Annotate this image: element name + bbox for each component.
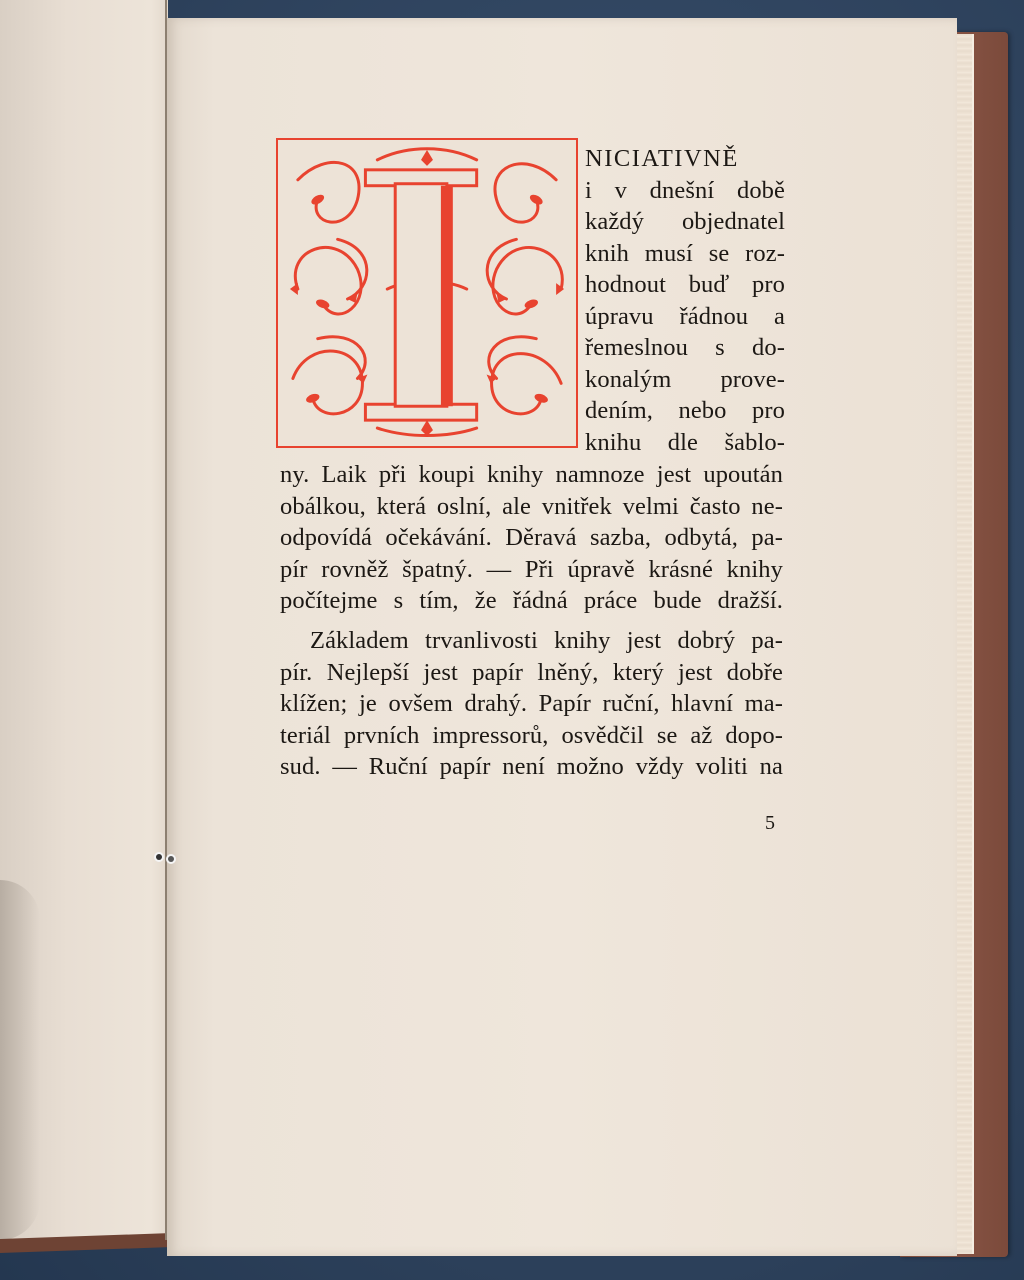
text-line: odpovídá očekávání. Děravá sazba, odbytá… — [280, 522, 783, 554]
text-line: sud. — Ruční papír není možno vždy volit… — [280, 751, 783, 783]
text-line: pír. Nejlepší jest papír lněný, který je… — [280, 657, 783, 689]
text-line: pír rovněž špatný. — Při úpravě krásné k… — [280, 554, 783, 586]
text-line: obálkou, která oslní, ale vnitřek velmi … — [280, 491, 783, 523]
drop-cap-initial — [276, 138, 578, 448]
drop-cap-side-column: NICIATIVNĚ i v dnešní době každý objedna… — [585, 143, 785, 458]
hand-shadow — [0, 880, 40, 1240]
text-line: klížen; je ovšem drahý. Papír ruční, hla… — [280, 688, 783, 720]
body-text: ny. Laik při koupi knihy namnoze jest up… — [280, 459, 783, 783]
book-gutter — [165, 0, 167, 1240]
floral-ornament-icon — [278, 140, 576, 446]
text-line: NICIATIVNĚ — [585, 143, 785, 175]
text-line: knihu dle šablo- — [585, 427, 785, 459]
text-line: i v dnešní době — [585, 175, 785, 207]
paragraph-1: ny. Laik při koupi knihy namnoze jest up… — [280, 459, 783, 617]
text-line: Základem trvanlivosti knihy jest dobrý p… — [280, 625, 783, 657]
text-line: dením, nebo pro — [585, 395, 785, 427]
text-line: počítejme s tím, že řádná práce bude dra… — [280, 585, 783, 617]
text-line: ny. Laik při koupi knihy namnoze jest up… — [280, 459, 783, 491]
text-line: konalým prove- — [585, 364, 785, 396]
binding-stitch-hole — [150, 850, 180, 864]
text-line: každý objednatel — [585, 206, 785, 238]
text-line: teriál prvních impressorů, osvědčil se a… — [280, 720, 783, 752]
text-line: knih musí se roz- — [585, 238, 785, 270]
paragraph-2: Základem trvanlivosti knihy jest dobrý p… — [280, 625, 783, 783]
text-line: řemeslnou s do- — [585, 332, 785, 364]
page-number: 5 — [765, 812, 775, 835]
text-line: hodnout buď pro — [585, 269, 785, 301]
text-line: úpravu řádnou a — [585, 301, 785, 333]
paragraph-gap — [280, 617, 783, 625]
